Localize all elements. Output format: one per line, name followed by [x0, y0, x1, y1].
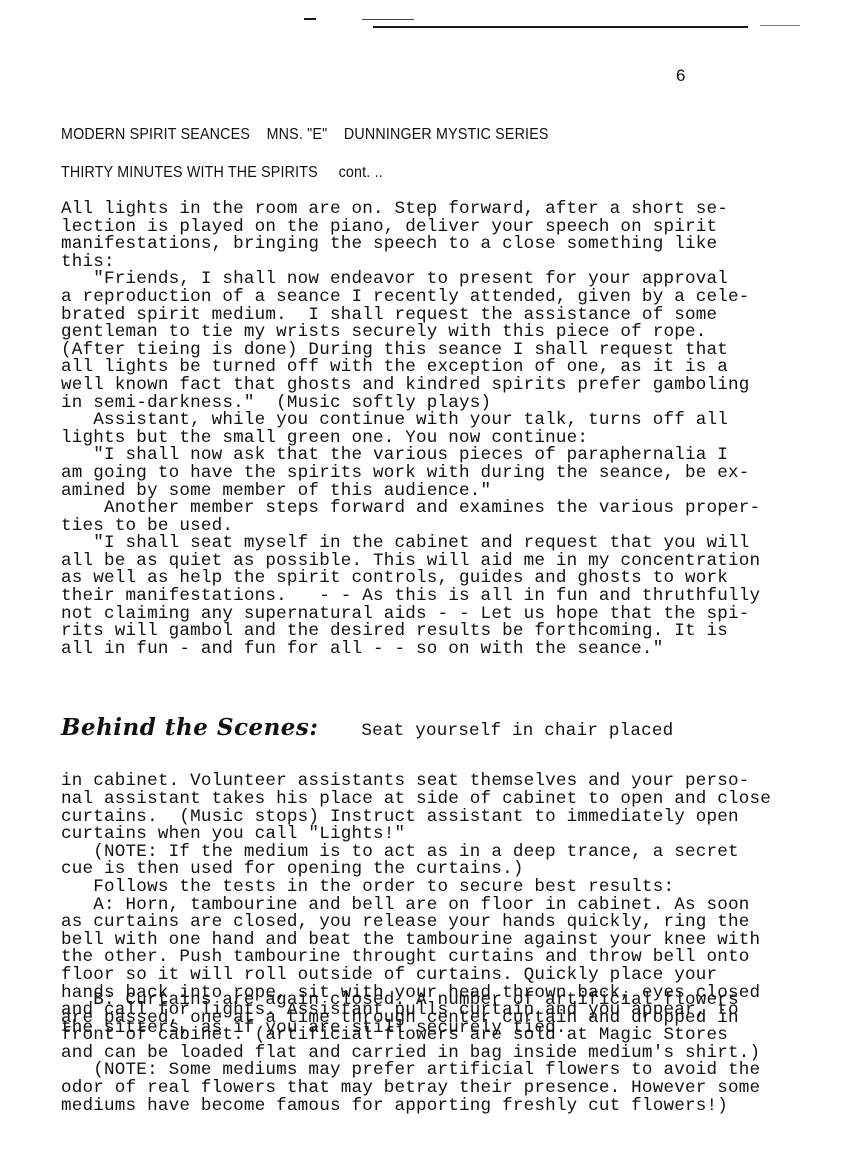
text-line: mediums have become famous for apporting…: [61, 1098, 760, 1116]
text-line: B: Curtains are again closed. A number o…: [61, 992, 760, 1010]
intro-section: All lights in the room are on. Step forw…: [61, 201, 760, 658]
scan-artifact-line: [373, 26, 748, 28]
scan-artifact-line: [362, 19, 414, 20]
text-line: All lights in the room are on. Step forw…: [61, 201, 760, 219]
behind-the-scenes-heading: Behind the Scenes:: [61, 714, 318, 741]
scan-artifact-line: [760, 25, 800, 26]
series-header: MODERN SPIRIT SEANCES MNS. "E" DUNNINGER…: [61, 126, 549, 144]
text-line: all in fun - and fun for all - - so on w…: [61, 641, 760, 659]
text-line: floor so it will roll outside of curtain…: [61, 967, 771, 985]
section-title: THIRTY MINUTES WITH THE SPIRITS cont. ..: [61, 164, 383, 182]
text-line: well known fact that ghosts and kindred …: [61, 377, 760, 395]
text-line: nal assistant takes his place at side of…: [61, 791, 771, 809]
text-line: am going to have the spirits work with d…: [61, 465, 760, 483]
test-b-section: B: Curtains are again closed. A number o…: [61, 992, 760, 1115]
section-heading-line: Behind the Scenes: Seat yourself in chai…: [61, 719, 771, 738]
text-line: odor of real flowers that may betray the…: [61, 1080, 760, 1098]
text-line: manifestations, bringing the speech to a…: [61, 236, 760, 254]
text-line: Follows the tests in the order to secure…: [61, 879, 771, 897]
scan-artifact-line: [304, 18, 316, 20]
page-number: 6: [676, 66, 685, 86]
heading-line-text: Seat yourself in chair placed: [318, 721, 673, 741]
text-line: a reproduction of a seance I recently at…: [61, 289, 760, 307]
